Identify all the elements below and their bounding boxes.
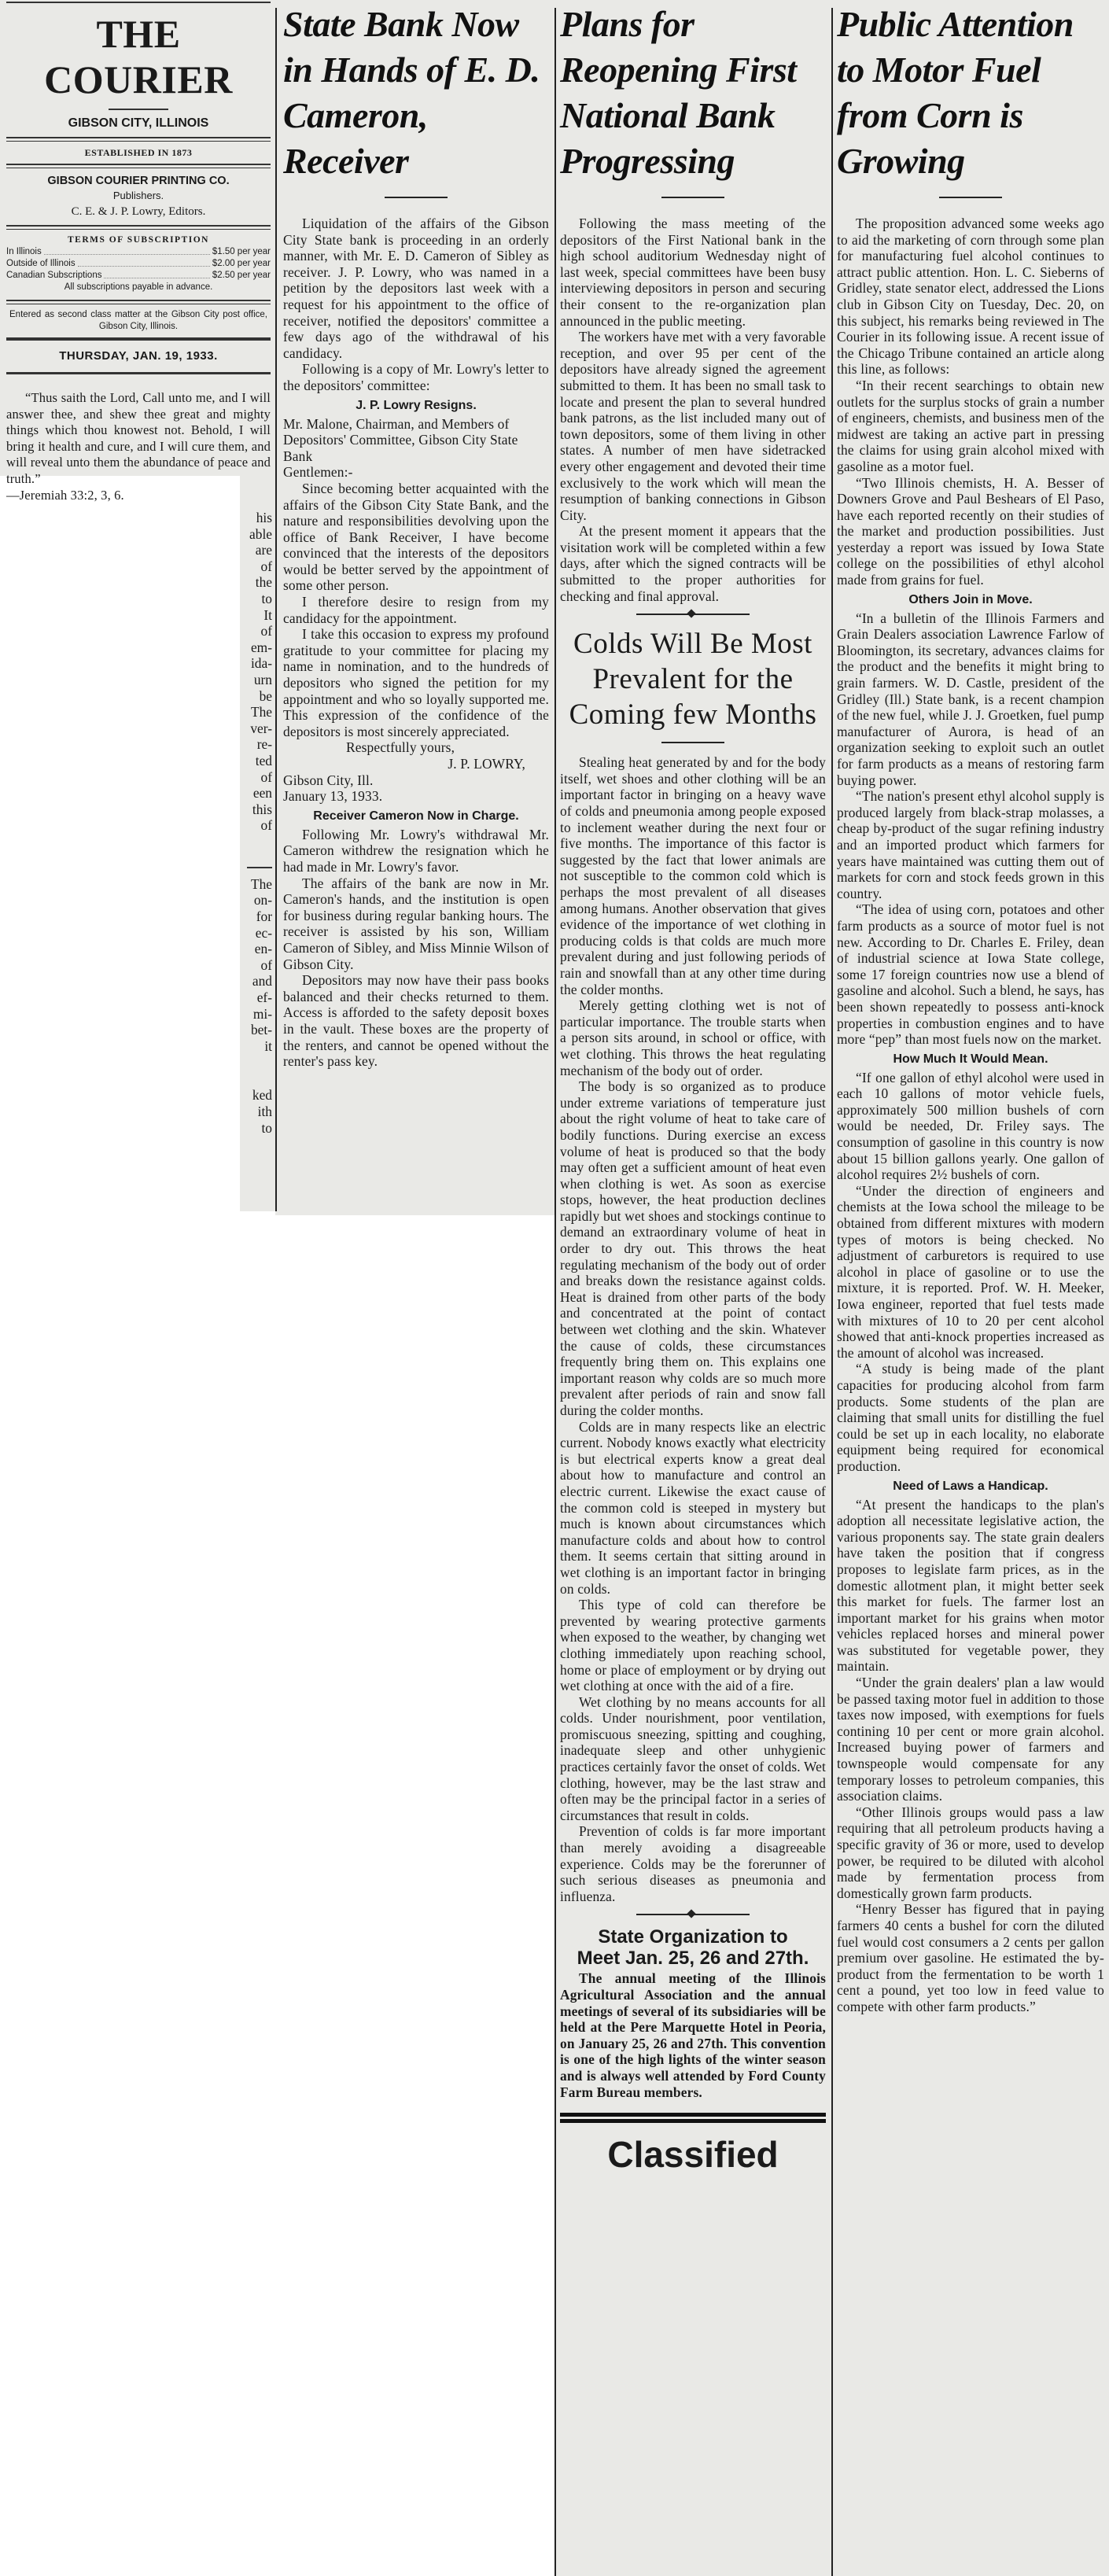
- terms-row: Outside of Illinois$2.00 per year: [6, 258, 271, 270]
- paragraph: “The idea of using corn, potatoes and ot…: [837, 901, 1104, 1047]
- letter-paragraph: I therefore desire to resign from my can…: [283, 594, 549, 626]
- paragraph: Merely getting clothing wet is not of pa…: [560, 997, 826, 1078]
- masthead: THE COURIER GIBSON CITY, ILLINOIS ESTABL…: [6, 0, 271, 503]
- section-divider: [636, 1914, 750, 1915]
- terms-price: $2.50 per year: [212, 270, 271, 282]
- column-rule: [275, 8, 277, 1211]
- paragraph: The workers have met with a very favorab…: [560, 329, 826, 523]
- classified-heading: Classified: [560, 2134, 826, 2175]
- headline: Public Attention to Motor Fuel from Corn…: [837, 2, 1104, 184]
- terms-label: In Illinois: [6, 246, 42, 258]
- paragraph: The annual meeting of the Illinois Agric…: [560, 1970, 826, 2100]
- paragraph: The body is so organized as to produce u…: [560, 1078, 826, 1418]
- paragraph: The proposition advanced some weeks ago …: [837, 216, 1104, 378]
- article-motor-fuel: Public Attention to Motor Fuel from Corn…: [837, 2, 1104, 2015]
- paragraph: “Under the grain dealers' plan a law wou…: [837, 1675, 1104, 1804]
- letter-signature: J. P. LOWRY,: [283, 756, 549, 772]
- paragraph: “Under the direction of engineers and ch…: [837, 1183, 1104, 1362]
- letter-greeting: Gentlemen:-: [283, 464, 549, 481]
- letter-place: Gibson City, Ill.: [283, 772, 549, 789]
- article-colds: Colds Will Be Most Prevalent for the Com…: [560, 626, 826, 1904]
- terms-heading: TERMS OF SUBSCRIPTION: [6, 234, 271, 246]
- scripture-quote: “Thus saith the Lord, Call unto me, and …: [6, 390, 271, 488]
- column-rule: [554, 8, 556, 2576]
- paragraph: Following Mr. Lowry's withdrawal Mr. Cam…: [283, 827, 549, 875]
- publisher-role: Publishers.: [6, 189, 271, 203]
- subheading: Others Join in Move.: [837, 591, 1104, 609]
- terms-note: All subscriptions payable in advance.: [6, 282, 271, 293]
- paragraph: “Other Illinois groups would pass a law …: [837, 1804, 1104, 1902]
- paragraph: Colds are in many respects like an elect…: [560, 1419, 826, 1598]
- paragraph: Liquidation of the affairs of the Gibson…: [283, 216, 549, 361]
- article-state-bank: State Bank Now in Hands of E. D. Cameron…: [283, 2, 549, 1070]
- paragraph: “A study is being made of the plant capa…: [837, 1361, 1104, 1474]
- paragraph: “At present the handicaps to the plan's …: [837, 1497, 1104, 1675]
- paragraph: “In a bulletin of the Illinois Farmers a…: [837, 610, 1104, 789]
- column-3: Plans for Reopening First National Bank …: [560, 2, 826, 2175]
- headline: State Organization to Meet Jan. 25, 26 a…: [560, 1926, 826, 1969]
- terms-price: $1.50 per year: [212, 246, 271, 258]
- headline: State Bank Now in Hands of E. D. Cameron…: [283, 2, 549, 184]
- paragraph: “Two Illinois chemists, H. A. Besser of …: [837, 475, 1104, 588]
- paragraph: Stealing heat generated by and for the b…: [560, 754, 826, 997]
- paragraph: “If one gallon of ethyl alcohol were use…: [837, 1070, 1104, 1183]
- paragraph: Depositors may now have their pass books…: [283, 972, 549, 1070]
- city-line: GIBSON CITY, ILLINOIS: [6, 115, 271, 132]
- paragraph: “In their recent searchings to obtain ne…: [837, 378, 1104, 475]
- subheading: How Much It Would Mean.: [837, 1051, 1104, 1068]
- section-divider: [636, 614, 750, 615]
- postal-entry: Entered as second class matter at the Gi…: [6, 309, 271, 333]
- newspaper-title: THE COURIER: [6, 11, 271, 102]
- headline: Plans for Reopening First National Bank …: [560, 2, 826, 184]
- letter-closing: Respectfully yours,: [283, 739, 549, 756]
- terms-row: In Illinois$1.50 per year: [6, 246, 271, 258]
- issue-date: THURSDAY, JAN. 19, 1933.: [6, 348, 271, 364]
- established-line: ESTABLISHED IN 1873: [6, 146, 271, 159]
- terms-row: Canadian Subscriptions$2.50 per year: [6, 270, 271, 282]
- letter-salutation: Mr. Malone, Chairman, and Members of Dep…: [283, 416, 549, 465]
- terms-price: $2.00 per year: [212, 258, 271, 270]
- paragraph: “The nation's present ethyl alcohol supp…: [837, 788, 1104, 901]
- fragment-lines-c: ked ith to: [236, 1087, 272, 1136]
- subheading: J. P. Lowry Resigns.: [283, 397, 549, 415]
- article-state-organization: State Organization to Meet Jan. 25, 26 a…: [560, 1926, 826, 2100]
- letter-paragraph: I take this occasion to express my profo…: [283, 626, 549, 739]
- paragraph: This type of cold can therefore be preve…: [560, 1597, 826, 1694]
- paragraph: Following is a copy of Mr. Lowry's lette…: [283, 361, 549, 393]
- fragment-lines-b: The on- for ec- en- of and ef- mi- bet- …: [236, 876, 272, 1055]
- paragraph: “Henry Besser has figured that in paying…: [837, 1901, 1104, 2014]
- paragraph: Wet clothing by no means accounts for al…: [560, 1694, 826, 1824]
- publisher-name: GIBSON COURIER PRINTING CO.: [6, 173, 271, 189]
- paragraph: The affairs of the bank are now in Mr. C…: [283, 875, 549, 973]
- letter-paragraph: Since becoming better acquainted with th…: [283, 481, 549, 594]
- terms-label: Canadian Subscriptions: [6, 270, 101, 282]
- column-rule: [831, 8, 833, 2576]
- subheading: Need of Laws a Handicap.: [837, 1478, 1104, 1495]
- subheading: Receiver Cameron Now in Charge.: [283, 808, 549, 825]
- letter-date: January 13, 1933.: [283, 788, 549, 805]
- terms-table: In Illinois$1.50 per year Outside of Ill…: [6, 246, 271, 282]
- paragraph: Prevention of colds is far more importan…: [560, 1823, 826, 1904]
- editors-line: C. E. & J. P. Lowry, Editors.: [6, 203, 271, 220]
- scripture-reference: —Jeremiah 33:2, 3, 6.: [6, 488, 271, 504]
- headline: Colds Will Be Most Prevalent for the Com…: [560, 626, 826, 732]
- clipped-column-fragment: his able are of the to It of em- ida- ur…: [236, 510, 272, 1136]
- fragment-lines-a: his able are of the to It of em- ida- ur…: [236, 510, 272, 834]
- article-first-national: Plans for Reopening First National Bank …: [560, 2, 826, 604]
- paragraph: Following the mass meeting of the deposi…: [560, 216, 826, 329]
- paragraph: At the present moment it appears that th…: [560, 523, 826, 604]
- terms-label: Outside of Illinois: [6, 258, 76, 270]
